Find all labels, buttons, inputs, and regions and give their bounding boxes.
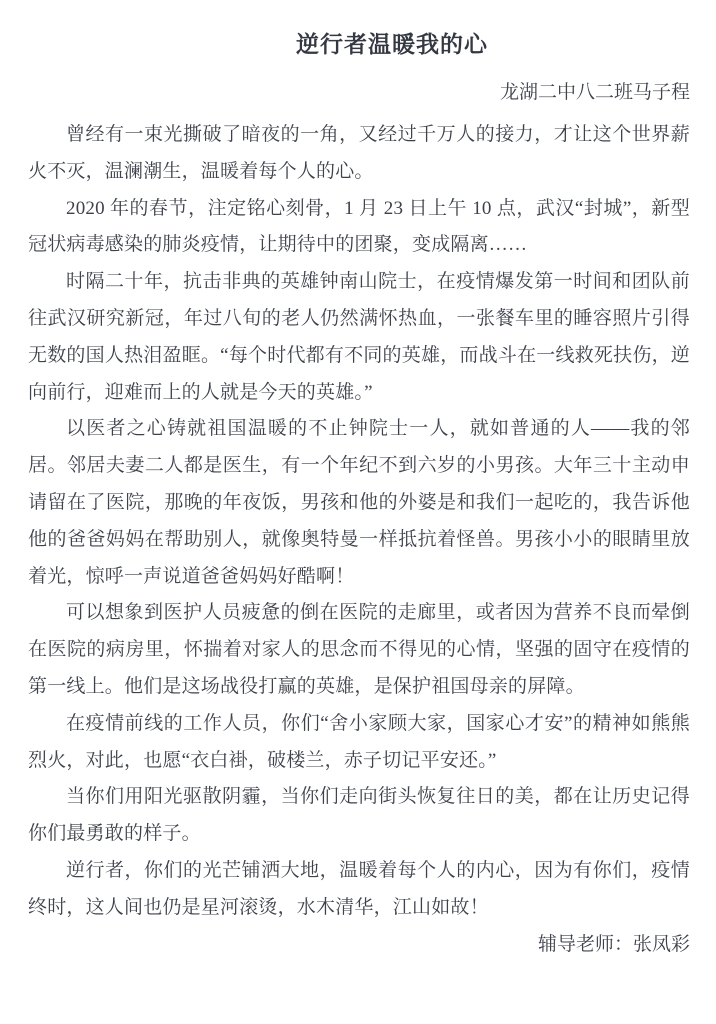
essay-title: 逆行者温暖我的心 — [61, 28, 716, 62]
essay-paragraph-2: 2020 年的春节，注定铭心刻骨，1 月 23 日上午 10 点，武汉“封城”，… — [28, 191, 690, 265]
document-page: 逆行者温暖我的心 龙湖二中八二班马子程 曾经有一束光撕破了暗夜的一角，又经过千万… — [0, 0, 716, 1024]
essay-paragraph-4: 以医者之心铸就祖国温暖的不止钟院士一人，就如普通的人——我的邻居。邻居夫妻二人都… — [28, 411, 690, 595]
author-byline: 龙湖二中八二班马子程 — [28, 78, 690, 108]
essay-paragraph-8: 逆行者，你们的光芒铺洒大地，温暖着每个人的内心，因为有你们，疫情终时，这人间也仍… — [28, 853, 690, 927]
essay-paragraph-7: 当你们用阳光驱散阴霾，当你们走向街头恢复往日的美，都在让历史记得你们最勇敢的样子… — [28, 779, 690, 853]
essay-paragraph-5: 可以想象到医护人员疲惫的倒在医院的走廊里，或者因为营养不良而晕倒在医院的病房里，… — [28, 595, 690, 705]
essay-paragraph-6: 在疫情前线的工作人员，你们“舍小家顾大家，国家心才安”的精神如熊熊烈火，对此，也… — [28, 706, 690, 780]
essay-paragraph-1: 曾经有一束光撕破了暗夜的一角，又经过千万人的接力，才让这个世界薪火不灭，温澜潮生… — [28, 117, 690, 191]
teacher-credit: 辅导老师：张凤彩 — [28, 927, 690, 964]
essay-body: 曾经有一束光撕破了暗夜的一角，又经过千万人的接力，才让这个世界薪火不灭，温澜潮生… — [28, 117, 690, 927]
essay-paragraph-3: 时隔二十年，抗击非典的英雄钟南山院士，在疫情爆发第一时间和团队前往武汉研究新冠，… — [28, 264, 690, 411]
